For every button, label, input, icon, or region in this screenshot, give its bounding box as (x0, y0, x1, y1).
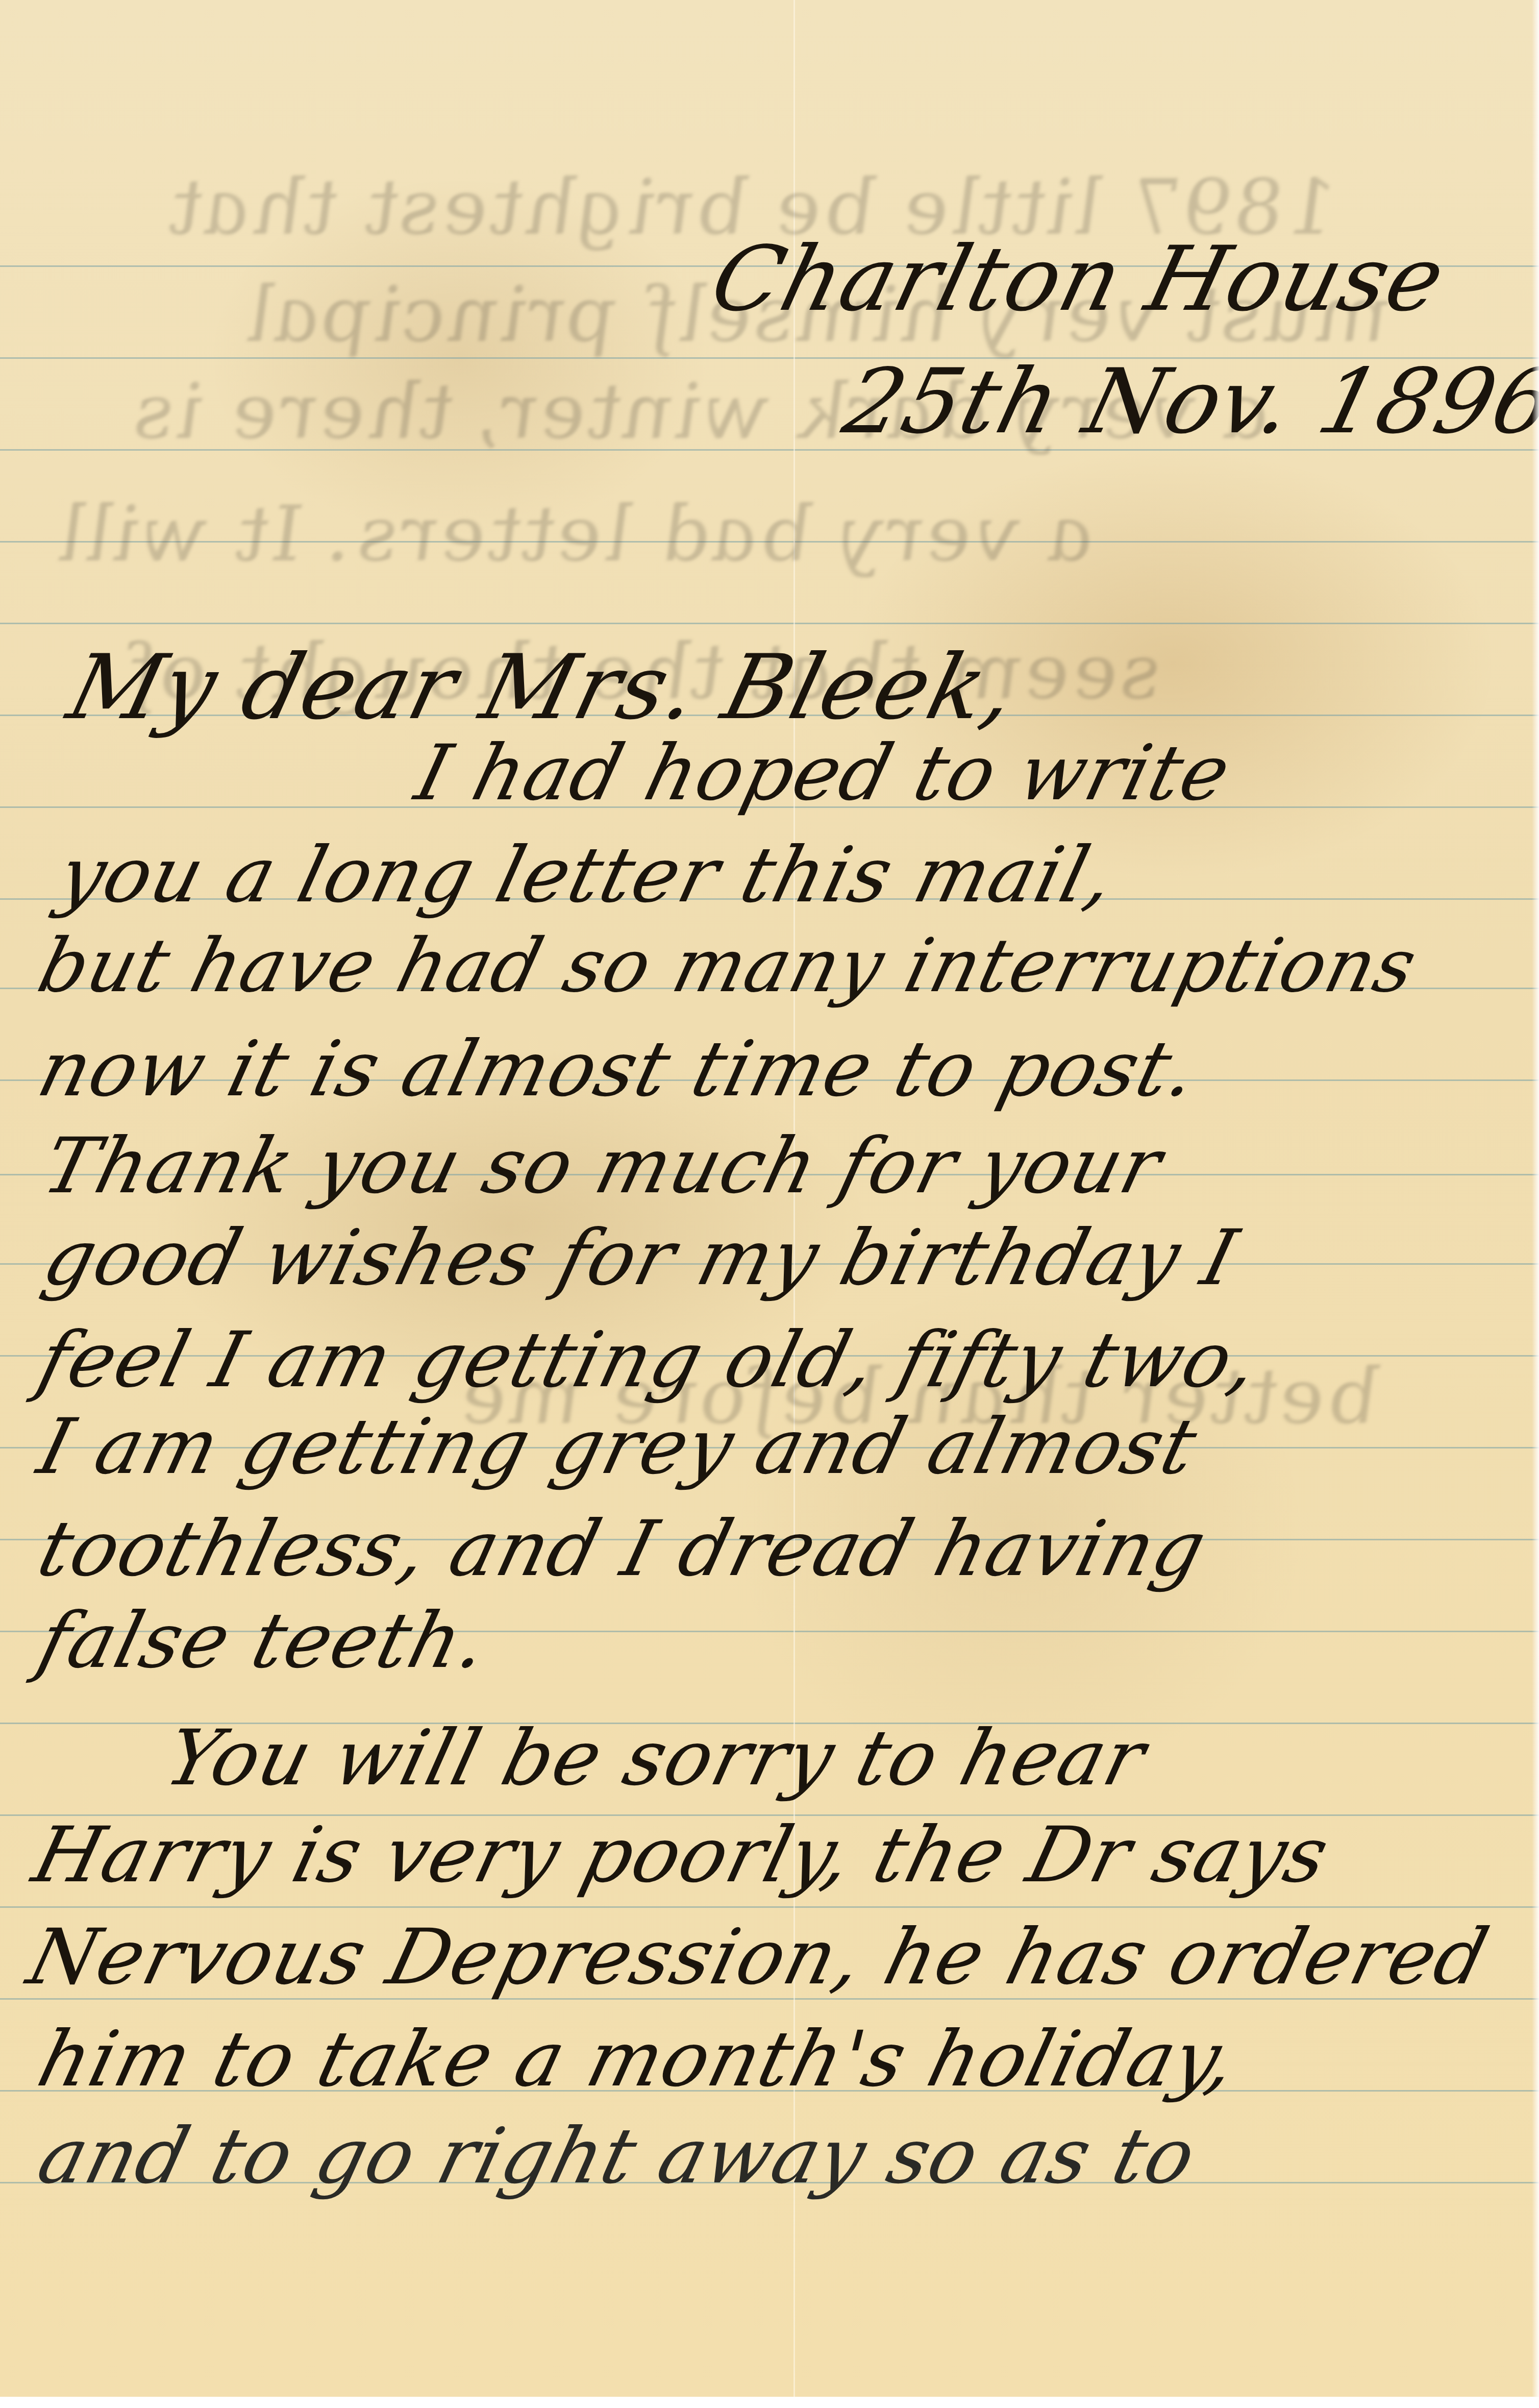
body-line: Nervous Depression, he has ordered (21, 1919, 1496, 1996)
body-line: him to take a month's holiday, (31, 2021, 1244, 2098)
body-line: I am getting grey and almost (31, 1409, 1204, 1485)
body-line: false teeth. (31, 1603, 495, 1679)
body-line: Harry is very poorly, the Dr says (26, 1817, 1336, 1894)
body-line: I had hoped to write (409, 735, 1238, 812)
scan-margin (0, 2397, 1539, 2408)
paper-edge (1532, 0, 1539, 2408)
body-line: Thank you so much for your (36, 1128, 1170, 1205)
salutation: My dear Mrs. Bleek, (60, 643, 1026, 732)
body-line: now it is almost time to post. (31, 1031, 1205, 1108)
body-line: and to go right away so as to (31, 2118, 1203, 2195)
body-line: You will be sorry to hear (159, 1720, 1153, 1797)
body-line: good wishes for my birthday I (36, 1220, 1245, 1296)
letter-date: 25th Nov. 1896. (836, 357, 1539, 447)
ruled-line (0, 1906, 1539, 1908)
letter-page: 1897 little be brightest that must very … (0, 0, 1539, 2408)
body-line: toothless, and I dread having (31, 1511, 1213, 1587)
letter-address: Charlton House (703, 235, 1453, 324)
body-line: but have had so many interruptions (32, 929, 1424, 1003)
ruled-line (0, 623, 1539, 624)
bleed-through-text: a very bad letters. It will (42, 490, 1109, 579)
body-line: you a long letter this mail, (52, 837, 1123, 914)
body-line: feel I am getting old, fifty two, (31, 1322, 1266, 1398)
